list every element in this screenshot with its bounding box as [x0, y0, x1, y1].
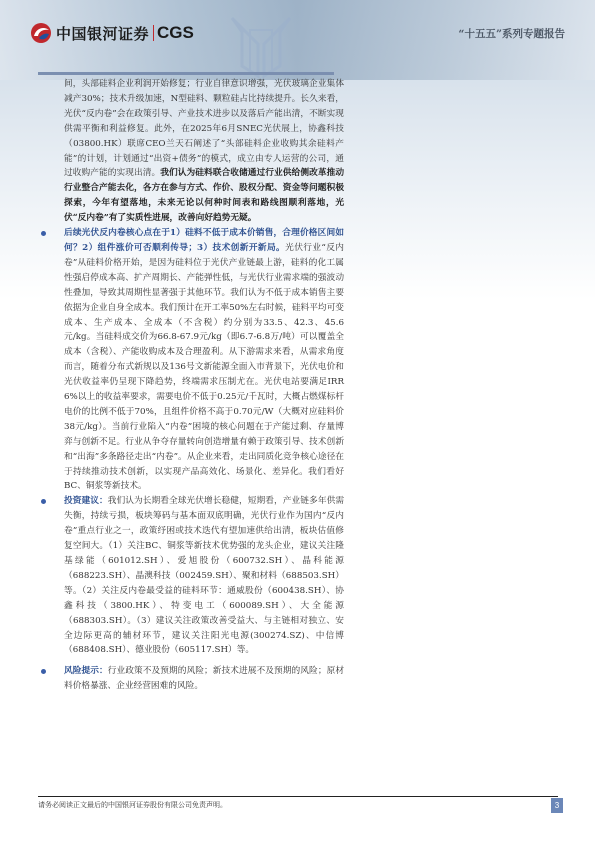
company-logo: 中国银河证券 CGS [30, 22, 194, 44]
bullet-dot-icon [41, 669, 46, 674]
header-rule [38, 72, 334, 75]
bullet-label: 投资建议： [64, 496, 108, 506]
bullet-risk-warning: 风险提示：行业政策不及预期的风险；新技术进展不及预期的风险；原材料价格暴涨、企业… [64, 664, 344, 694]
logo-divider [153, 25, 154, 41]
bullet-text: 光伏行业“反内卷”从硅料价格开始，是因为硅料位于光伏产业链最上游，硅料的化工属性… [64, 243, 344, 492]
logo-english-name: CGS [157, 23, 194, 43]
bullet-text: 我们认为长期看全球光伏增长稳健，短期看，产业链多年供需失衡，持续亏损，板块筹码与… [64, 496, 344, 655]
paragraph-text: 间，头部硅料企业利润开始修复；行业自律意识增强，光伏玻璃企业集体减产30%；技术… [64, 79, 344, 178]
paragraph-continuation: 间，头部硅料企业利润开始修复；行业自律意识增强，光伏玻璃企业集体减产30%；技术… [64, 77, 344, 226]
report-body: 间，头部硅料企业利润开始修复；行业自律意识增强，光伏玻璃企业集体减产30%；技术… [0, 77, 595, 694]
footer-disclaimer: 请务必阅读正文最后的中国银河证券股份有限公司免责声明。 [38, 800, 227, 810]
bullet-investment-advice: 投资建议：我们认为长期看全球光伏增长稳健，短期看，产业链多年供需失衡，持续亏损，… [64, 494, 344, 658]
bullet-core-points: 后续光伏反内卷核心点在于1）硅料不低于成本价销售，合理价格区间如何？2）组件涨价… [64, 226, 344, 494]
footer-rule [38, 796, 558, 797]
bullet-label: 风险提示： [64, 666, 108, 676]
bullet-dot-icon [41, 499, 46, 504]
cgs-logo-icon [30, 22, 52, 44]
report-series-title: “十五五”系列专题报告 [458, 26, 565, 41]
logo-chinese-name: 中国银河证券 [56, 23, 149, 44]
cgs-watermark-icon [228, 10, 294, 80]
bullet-dot-icon [41, 231, 46, 236]
page-number: 3 [551, 798, 563, 813]
